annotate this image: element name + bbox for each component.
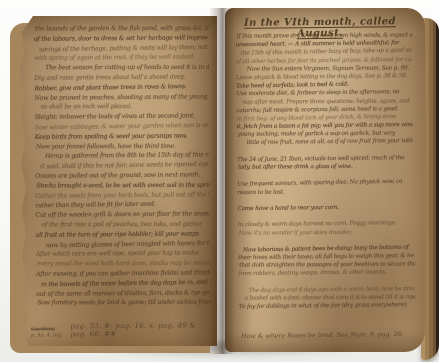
handwritten-line: Keep birds from spoiling & seed your par…	[35, 131, 209, 142]
handwritten-line: To fay for dablings in what of the fair …	[239, 301, 415, 311]
handwritten-line: Sow fumitory seeds for bird & game; till…	[37, 298, 211, 308]
open-book: the bounds of the garden & the fish pond…	[13, 6, 427, 356]
right-page: In the VIth month, called August. If thi…	[225, 8, 425, 352]
right-page-text: If this month prove dry & fair, keep fro…	[235, 31, 414, 312]
footer-note: p. 5a. 4. leg.	[31, 332, 62, 338]
left-page: the bounds of the garden & the fish pond…	[15, 16, 217, 346]
page-references: pag. 33. #: pag. 16. x. pag. 49 & pag. 6…	[70, 321, 209, 338]
photo-background: the bounds of the garden & the fish pond…	[0, 0, 439, 362]
left-page-footer: Gardens p. 5a. 4. leg. pag. 33. #: pag. …	[31, 321, 209, 338]
left-page-text: the bounds of the garden & the fish pond…	[34, 23, 210, 311]
right-page-footer: How & where Roses be bred, See Num. 9. p…	[241, 331, 411, 340]
